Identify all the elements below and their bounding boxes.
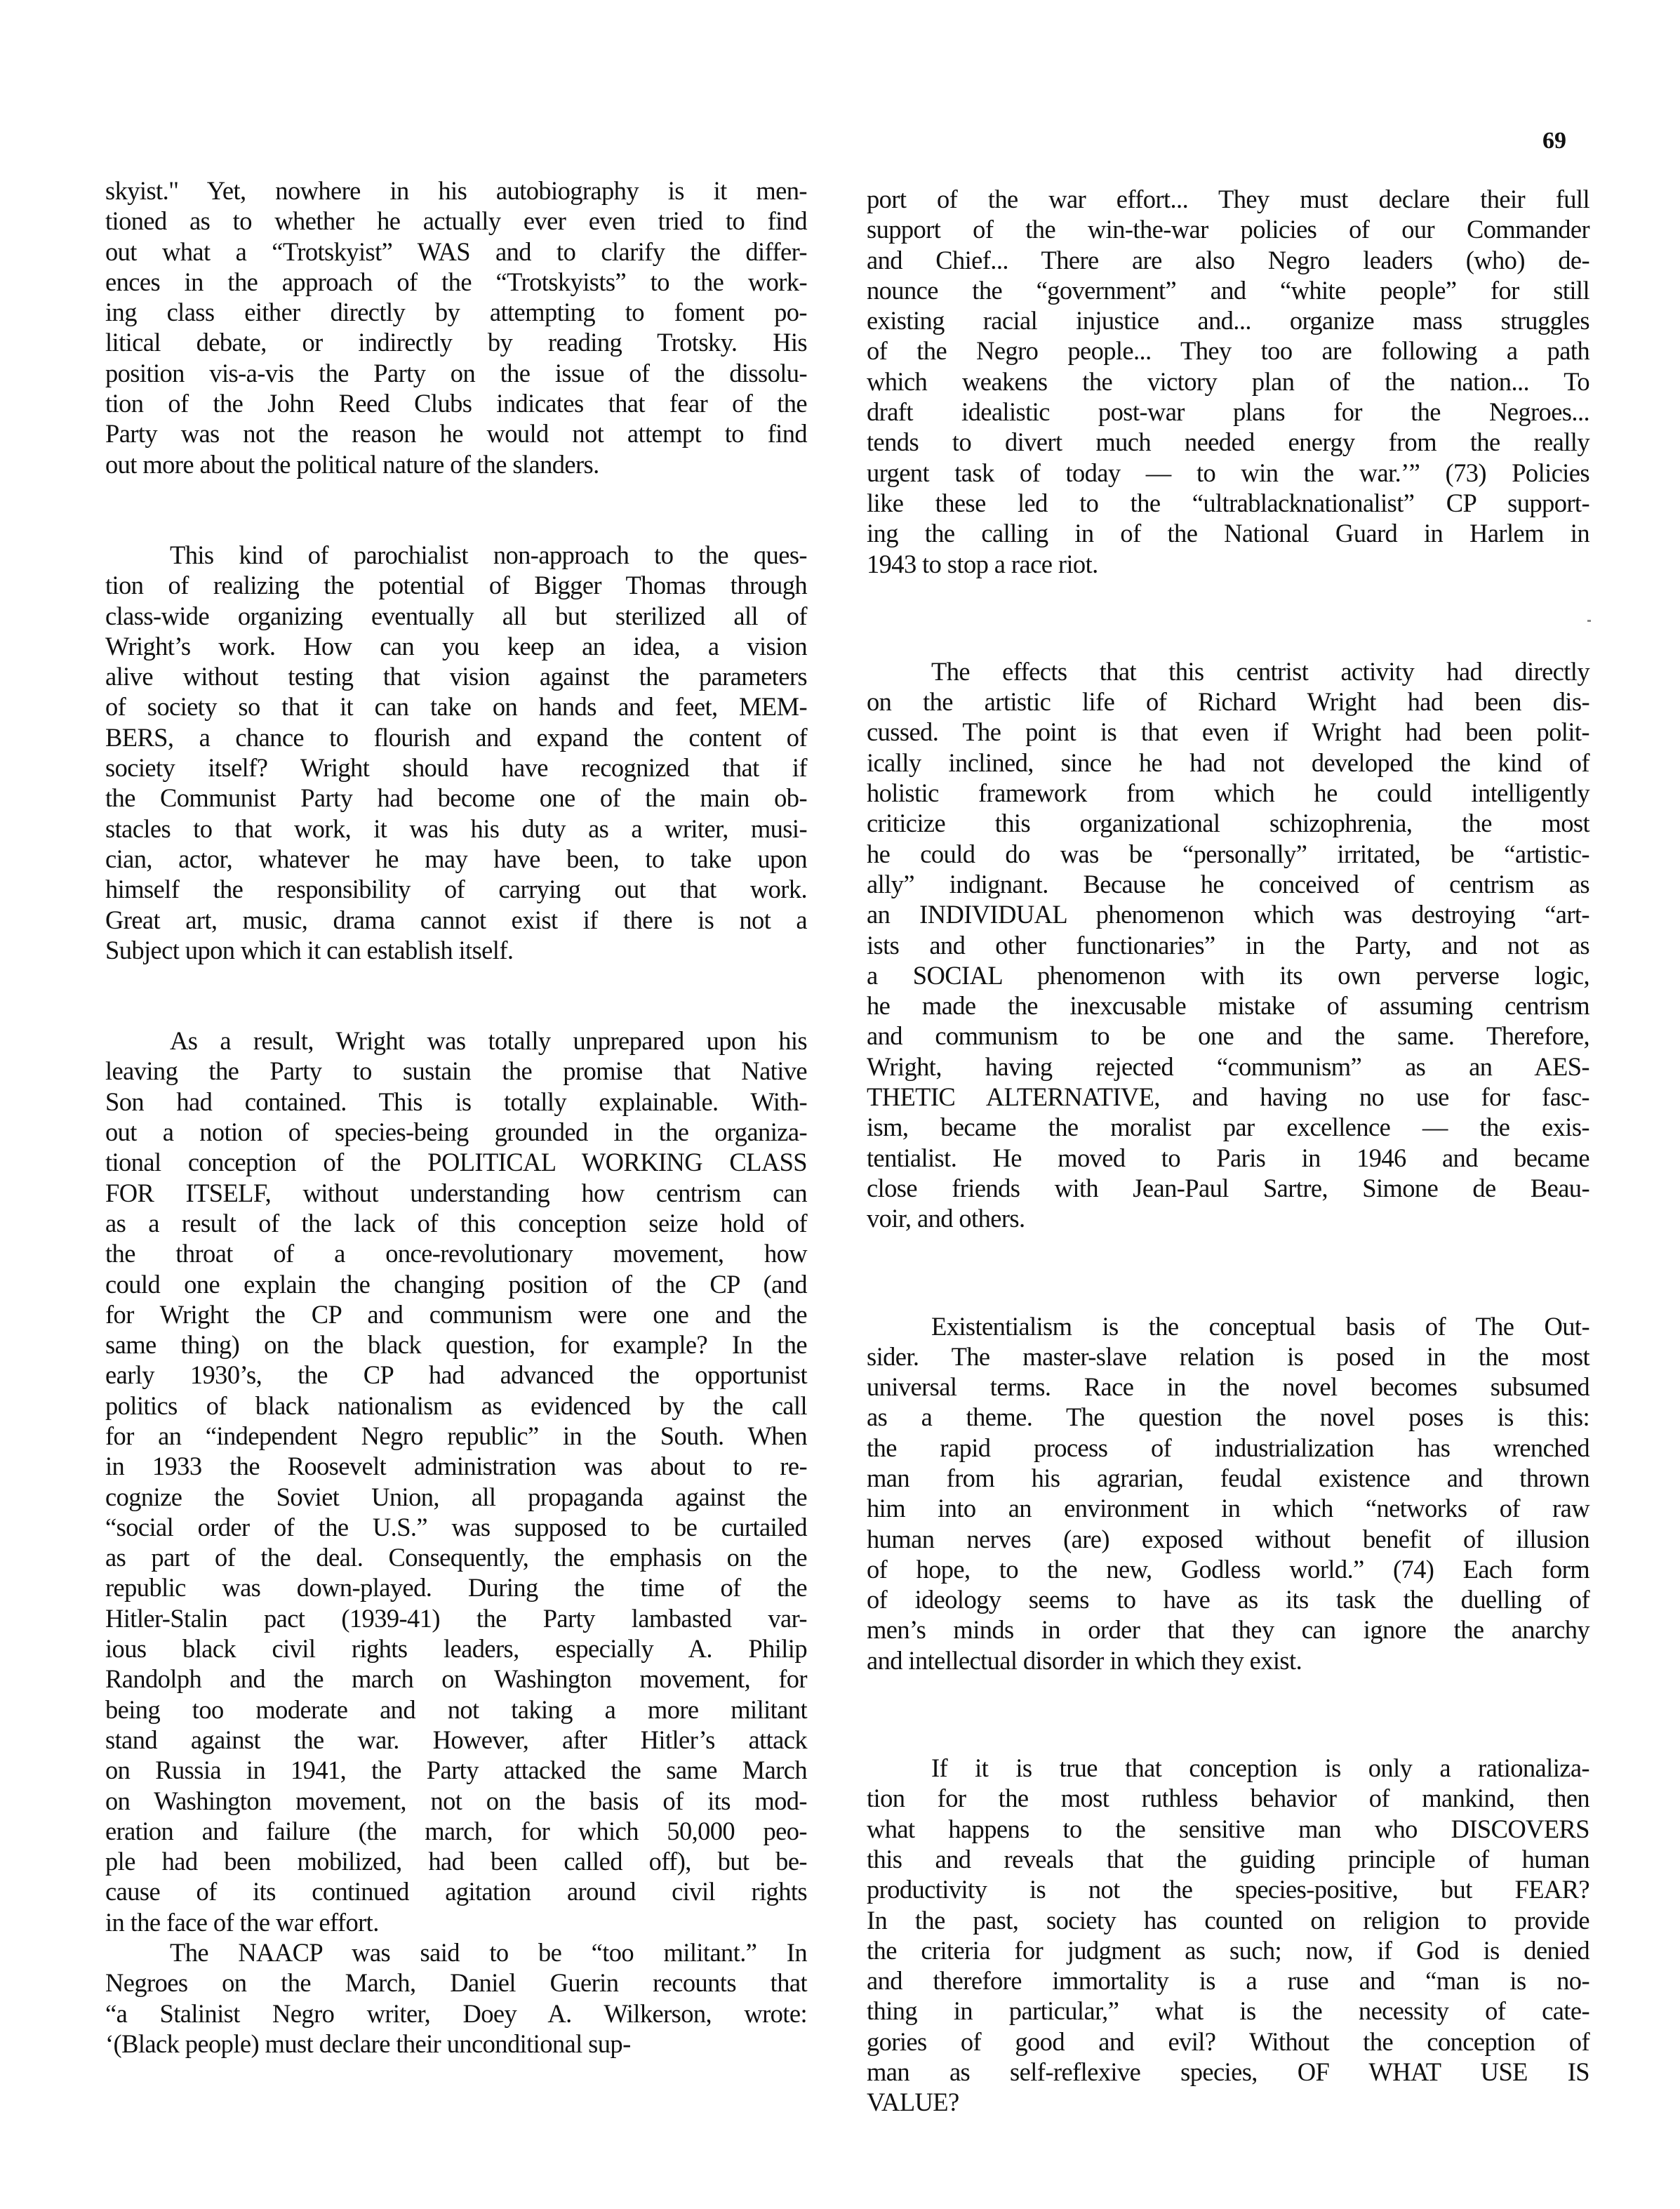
text-line: ists and other functionaries” in the Par… bbox=[867, 930, 1589, 960]
paragraph: As a result, Wright was totally unprepar… bbox=[105, 1026, 807, 1937]
text-line: tioned as to whether he actually ever ev… bbox=[105, 206, 807, 236]
text-line: stand against the war. However, after Hi… bbox=[105, 1725, 807, 1755]
text-line: BERS, a chance to flourish and expand th… bbox=[105, 722, 807, 752]
text-line: out a notion of species-being grounded i… bbox=[105, 1117, 807, 1147]
text-line: Negroes on the March, Daniel Guerin reco… bbox=[105, 1968, 807, 1998]
text-line: productivity is not the species-positive… bbox=[867, 1874, 1589, 1904]
paragraph-gap bbox=[867, 1676, 1589, 1753]
text-line: If it is true that conception is only a … bbox=[867, 1753, 1589, 1783]
text-line: This kind of parochialist non-approach t… bbox=[105, 540, 807, 570]
text-line: the Communist Party had become one of th… bbox=[105, 783, 807, 813]
text-line: “social order of the U.S.” was supposed … bbox=[105, 1512, 807, 1542]
text-line: criticize this organizational schizophre… bbox=[867, 808, 1589, 838]
text-line: as a theme. The question the novel poses… bbox=[867, 1402, 1589, 1432]
text-line: Great art, music, drama cannot exist if … bbox=[105, 905, 807, 935]
text-line: out more about the political nature of t… bbox=[105, 449, 807, 479]
text-line: out what a “Trotskyist” WAS and to clari… bbox=[105, 237, 807, 267]
text-line: Party was not the reason he would not at… bbox=[105, 418, 807, 449]
text-line: Wright, having rejected “communism” as a… bbox=[867, 1052, 1589, 1082]
text-line: man from his agrarian, feudal existence … bbox=[867, 1463, 1589, 1493]
text-line: close friends with Jean-Paul Sartre, Sim… bbox=[867, 1173, 1589, 1203]
text-line: this and reveals that the guiding princi… bbox=[867, 1844, 1589, 1874]
text-line: universal terms. Race in the novel becom… bbox=[867, 1372, 1589, 1402]
text-line: Wright’s work. How can you keep an idea,… bbox=[105, 631, 807, 661]
text-line: ious black civil rights leaders, especia… bbox=[105, 1633, 807, 1664]
text-line: in 1933 the Roosevelt administration was… bbox=[105, 1451, 807, 1481]
text-line: politics of black nationalism as evidenc… bbox=[105, 1391, 807, 1421]
text-line: him into an environment in which “networ… bbox=[867, 1493, 1589, 1523]
text-line: eration and failure (the march, for whic… bbox=[105, 1816, 807, 1846]
text-line: ing the calling in of the National Guard… bbox=[867, 518, 1589, 548]
text-line: what happens to the sensitive man who DI… bbox=[867, 1814, 1589, 1844]
text-line: he made the inexcusable mistake of assum… bbox=[867, 990, 1589, 1021]
text-line: the criteria for judgment as such; now, … bbox=[867, 1935, 1589, 1965]
left-column: skyist." Yet, nowhere in his autobiograp… bbox=[105, 175, 807, 2059]
text-line: ically inclined, since he had not develo… bbox=[867, 748, 1589, 778]
paragraph: This kind of parochialist non-approach t… bbox=[105, 540, 807, 965]
text-line: tentialist. He moved to Paris in 1946 an… bbox=[867, 1143, 1589, 1173]
text-line: draft idealistic post-war plans for the … bbox=[867, 397, 1589, 427]
text-line: of society so that it can take on hands … bbox=[105, 691, 807, 722]
text-line: tion for the most ruthless behavior of m… bbox=[867, 1783, 1589, 1813]
text-line: men’s minds in order that they can ignor… bbox=[867, 1614, 1589, 1645]
text-line: Son had contained. This is totally expla… bbox=[105, 1087, 807, 1117]
paragraph: port of the war effort... They must decl… bbox=[867, 184, 1589, 579]
paragraph-gap bbox=[105, 965, 807, 1026]
text-line: port of the war effort... They must decl… bbox=[867, 184, 1589, 214]
text-line: human nerves (are) exposed without benef… bbox=[867, 1524, 1589, 1554]
text-line: the throat of a once-revolutionary movem… bbox=[105, 1238, 807, 1268]
text-line: holistic framework from which he could i… bbox=[867, 778, 1589, 808]
text-line: in the face of the war effort. bbox=[105, 1907, 807, 1937]
text-line: himself the responsibility of carrying o… bbox=[105, 874, 807, 904]
text-line: tends to divert much needed energy from … bbox=[867, 427, 1589, 457]
text-line: gories of good and evil? Without the con… bbox=[867, 2026, 1589, 2057]
text-line: In the past, society has counted on reli… bbox=[867, 1905, 1589, 1935]
paragraph-gap bbox=[867, 579, 1589, 656]
text-line: republic was down-played. During the tim… bbox=[105, 1572, 807, 1603]
text-line: and intellectual disorder in which they … bbox=[867, 1645, 1589, 1676]
paragraph: If it is true that conception is only a … bbox=[867, 1753, 1589, 2118]
text-line: and communism to be one and the same. Th… bbox=[867, 1021, 1589, 1051]
text-line: FOR ITSELF, without understanding how ce… bbox=[105, 1178, 807, 1208]
text-line: same thing) on the black question, for e… bbox=[105, 1329, 807, 1360]
text-line: a SOCIAL phenomenon with its own pervers… bbox=[867, 960, 1589, 990]
text-line: support of the win-the-war policies of o… bbox=[867, 214, 1589, 244]
text-line: position vis-a-vis the Party on the issu… bbox=[105, 358, 807, 388]
text-line: society itself? Wright should have recog… bbox=[105, 752, 807, 783]
text-line: litical debate, or indirectly by reading… bbox=[105, 327, 807, 357]
text-line: Hitler-Stalin pact (1939-41) the Party l… bbox=[105, 1603, 807, 1633]
text-line: he could do was be “personally” irritate… bbox=[867, 839, 1589, 869]
text-line: 1943 to stop a race riot. bbox=[867, 549, 1589, 579]
text-line: ally” indignant. Because he conceived of… bbox=[867, 869, 1589, 899]
text-line: as part of the deal. Consequently, the e… bbox=[105, 1542, 807, 1572]
text-line: alive without testing that vision agains… bbox=[105, 661, 807, 691]
text-line: and Chief... There are also Negro leader… bbox=[867, 245, 1589, 275]
text-line: being too moderate and not taking a more… bbox=[105, 1694, 807, 1725]
text-line: on Russia in 1941, the Party attacked th… bbox=[105, 1755, 807, 1785]
text-line: for an “independent Negro republic” in t… bbox=[105, 1421, 807, 1451]
text-line: urgent task of today — to win the war.’”… bbox=[867, 458, 1589, 488]
paragraph: skyist." Yet, nowhere in his autobiograp… bbox=[105, 175, 807, 479]
text-line: tion of realizing the potential of Bigge… bbox=[105, 570, 807, 600]
text-line: on the artistic life of Richard Wright h… bbox=[867, 686, 1589, 717]
text-line: cussed. The point is that even if Wright… bbox=[867, 717, 1589, 747]
text-line: sider. The master-slave relation is pose… bbox=[867, 1341, 1589, 1372]
text-line: The effects that this centrist activity … bbox=[867, 656, 1589, 686]
paragraph: The effects that this centrist activity … bbox=[867, 656, 1589, 1234]
text-line: ences in the approach of the “Trotskyist… bbox=[105, 267, 807, 297]
text-line: ‘(Black people) must declare their uncon… bbox=[105, 2029, 807, 2059]
text-line: ism, became the moralist par excellence … bbox=[867, 1112, 1589, 1142]
text-line: THETIC ALTERNATIVE, and having no use fo… bbox=[867, 1082, 1589, 1112]
text-line: cian, actor, whatever he may have been, … bbox=[105, 844, 807, 874]
text-line: an INDIVIDUAL phenomenon which was destr… bbox=[867, 899, 1589, 929]
paragraph: The NAACP was said to be “too militant.”… bbox=[105, 1937, 807, 2059]
paragraph: Existentialism is the conceptual basis o… bbox=[867, 1311, 1589, 1676]
text-line: leaving the Party to sustain the promise… bbox=[105, 1056, 807, 1086]
paragraph-gap bbox=[867, 1234, 1589, 1311]
text-line: on Washington movement, not on the basis… bbox=[105, 1786, 807, 1816]
text-line: voir, and others. bbox=[867, 1203, 1589, 1233]
text-line: and therefore immortality is a ruse and … bbox=[867, 1965, 1589, 1996]
text-line: ple had been mobilized, had been called … bbox=[105, 1846, 807, 1876]
text-line: cognize the Soviet Union, all propaganda… bbox=[105, 1482, 807, 1512]
text-line: for Wright the CP and communism were one… bbox=[105, 1299, 807, 1329]
paragraph-gap bbox=[105, 479, 807, 540]
text-line: like these led to the “ultrablacknationa… bbox=[867, 488, 1589, 518]
text-line: tion of the John Reed Clubs indicates th… bbox=[105, 388, 807, 418]
text-line: nounce the “government” and “white peopl… bbox=[867, 275, 1589, 305]
text-line: The NAACP was said to be “too militant.”… bbox=[105, 1937, 807, 1968]
text-line: Randolph and the march on Washington mov… bbox=[105, 1664, 807, 1694]
text-line: cause of its continued agitation around … bbox=[105, 1876, 807, 1906]
text-line: As a result, Wright was totally unprepar… bbox=[105, 1026, 807, 1056]
text-line: skyist." Yet, nowhere in his autobiograp… bbox=[105, 175, 807, 206]
text-line: of ideology seems to have as its task th… bbox=[867, 1584, 1589, 1614]
text-line: of hope, to the new, Godless world.” (74… bbox=[867, 1554, 1589, 1584]
text-line: thing in particular,” what is the necess… bbox=[867, 1996, 1589, 2026]
text-line: as a result of the lack of this concepti… bbox=[105, 1208, 807, 1238]
text-line: “a Stalinist Negro writer, Doey A. Wilke… bbox=[105, 1998, 807, 2029]
text-line: the rapid process of industrialization h… bbox=[867, 1433, 1589, 1463]
text-line: Subject upon which it can establish itse… bbox=[105, 935, 807, 965]
page-number: 69 bbox=[1542, 128, 1566, 154]
text-line: stacles to that work, it was his duty as… bbox=[105, 814, 807, 844]
text-line: VALUE? bbox=[867, 2087, 1589, 2117]
text-line: class-wide organizing eventually all but… bbox=[105, 601, 807, 631]
text-line: of the Negro people... They too are foll… bbox=[867, 336, 1589, 366]
text-line: which weakens the victory plan of the na… bbox=[867, 366, 1589, 397]
text-line: Existentialism is the conceptual basis o… bbox=[867, 1311, 1589, 1341]
text-line: man as self-reflexive species, OF WHAT U… bbox=[867, 2057, 1589, 2087]
text-line: existing racial injustice and... organiz… bbox=[867, 305, 1589, 336]
text-line: could one explain the changing position … bbox=[105, 1269, 807, 1299]
text-line: tional conception of the POLITICAL WORKI… bbox=[105, 1147, 807, 1177]
text-line: early 1930’s, the CP had advanced the op… bbox=[105, 1360, 807, 1390]
text-line: ing class either directly by attempting … bbox=[105, 297, 807, 327]
right-column: port of the war effort... They must decl… bbox=[867, 184, 1589, 2118]
